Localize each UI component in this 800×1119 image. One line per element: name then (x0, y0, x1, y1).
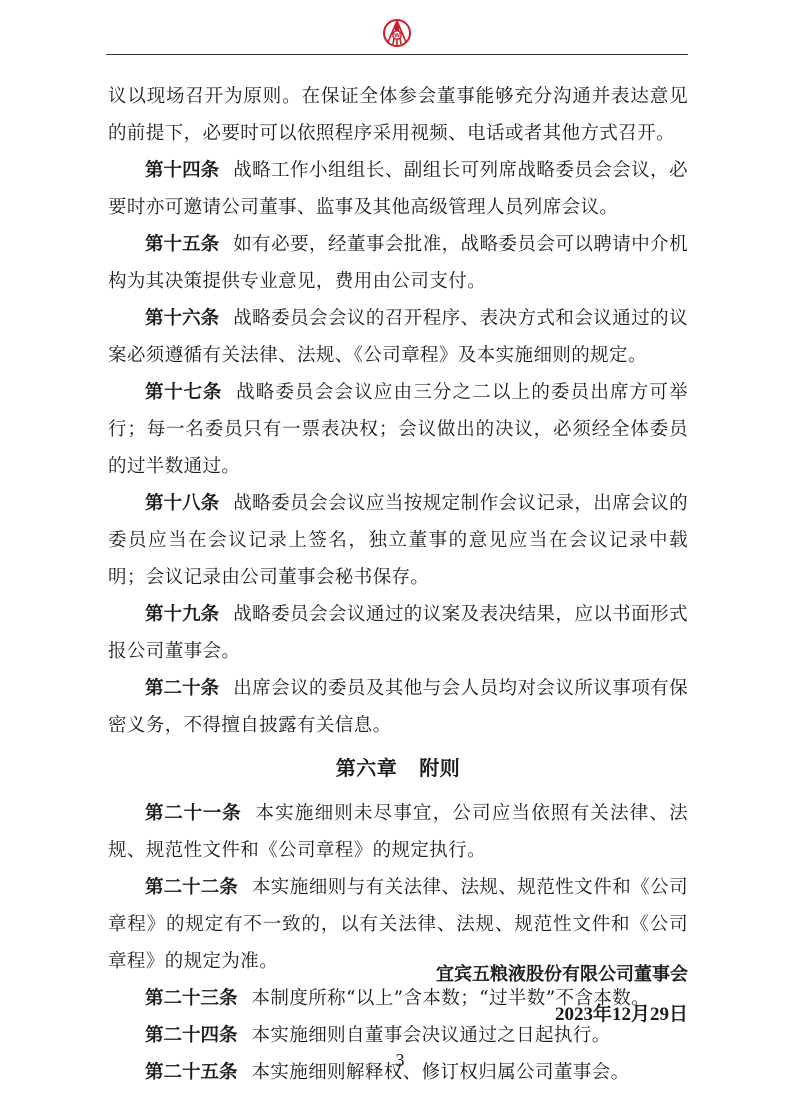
article-number: 第十九条 (145, 604, 219, 625)
articles-section-6: 第二十一条本实施细则未尽事宜，公司应当依照有关法律、法规、规范性文件和《公司章程… (108, 795, 688, 1091)
article-number: 第十四条 (145, 160, 219, 181)
articles-section-5: 第十四条战略工作小组组长、副组长可列席战略委员会会议，必要时亦可邀请公司董事、监… (108, 152, 688, 744)
signing-organization: 宜宾五粮液股份有限公司董事会 (436, 955, 688, 995)
article-19: 第十九条战略委员会会议通过的议案及表决结果，应以书面形式报公司董事会。 (108, 596, 688, 670)
article-number: 第二十四条 (145, 1025, 238, 1046)
article-number: 第十八条 (145, 493, 219, 514)
wuliangye-logo-icon: W (382, 18, 412, 48)
article-14: 第十四条战略工作小组组长、副组长可列席战略委员会会议，必要时亦可邀请公司董事、监… (108, 152, 688, 226)
chapter-title: 附则 (419, 756, 460, 780)
article-number: 第十六条 (145, 308, 219, 329)
svg-text:W: W (394, 33, 400, 39)
page-number: 3 (0, 1050, 800, 1071)
article-16: 第十六条战略委员会会议的召开程序、表决方式和会议通过的议案必须遵循有关法律、法规… (108, 300, 688, 374)
article-21: 第二十一条本实施细则未尽事宜，公司应当依照有关法律、法规、规范性文件和《公司章程… (108, 795, 688, 869)
article-number: 第二十二条 (145, 877, 238, 898)
continuation-paragraph: 议以现场召开为原则。在保证全体参会董事能够充分沟通并表达意见的前提下，必要时可以… (108, 78, 688, 152)
document-body: 议以现场召开为原则。在保证全体参会董事能够充分沟通并表达意见的前提下，必要时可以… (108, 78, 688, 1091)
article-18: 第十八条战略委员会会议应当按规定制作会议记录，出席会议的委员应当在会议记录上签名… (108, 485, 688, 596)
article-17: 第十七条战略委员会会议应由三分之二以上的委员出席方可举行；每一名委员只有一票表决… (108, 374, 688, 485)
chapter-number: 第六章 (336, 756, 398, 780)
signature-block: 宜宾五粮液股份有限公司董事会 2023年12月29日 (436, 955, 688, 1035)
article-20: 第二十条出席会议的委员及其他与会人员均对会议所议事项有保密义务，不得擅自披露有关… (108, 670, 688, 744)
signing-date: 2023年12月29日 (436, 995, 688, 1035)
article-number: 第二十三条 (145, 988, 238, 1009)
article-number: 第十七条 (145, 382, 222, 403)
article-number: 第十五条 (145, 234, 219, 255)
article-number: 第二十一条 (145, 803, 241, 824)
article-number: 第二十条 (145, 678, 219, 699)
chapter-heading: 第六章附则 (108, 750, 688, 787)
article-15: 第十五条如有必要，经董事会批准，战略委员会可以聘请中介机构为其决策提供专业意见，… (108, 226, 688, 300)
header-divider (106, 54, 688, 55)
